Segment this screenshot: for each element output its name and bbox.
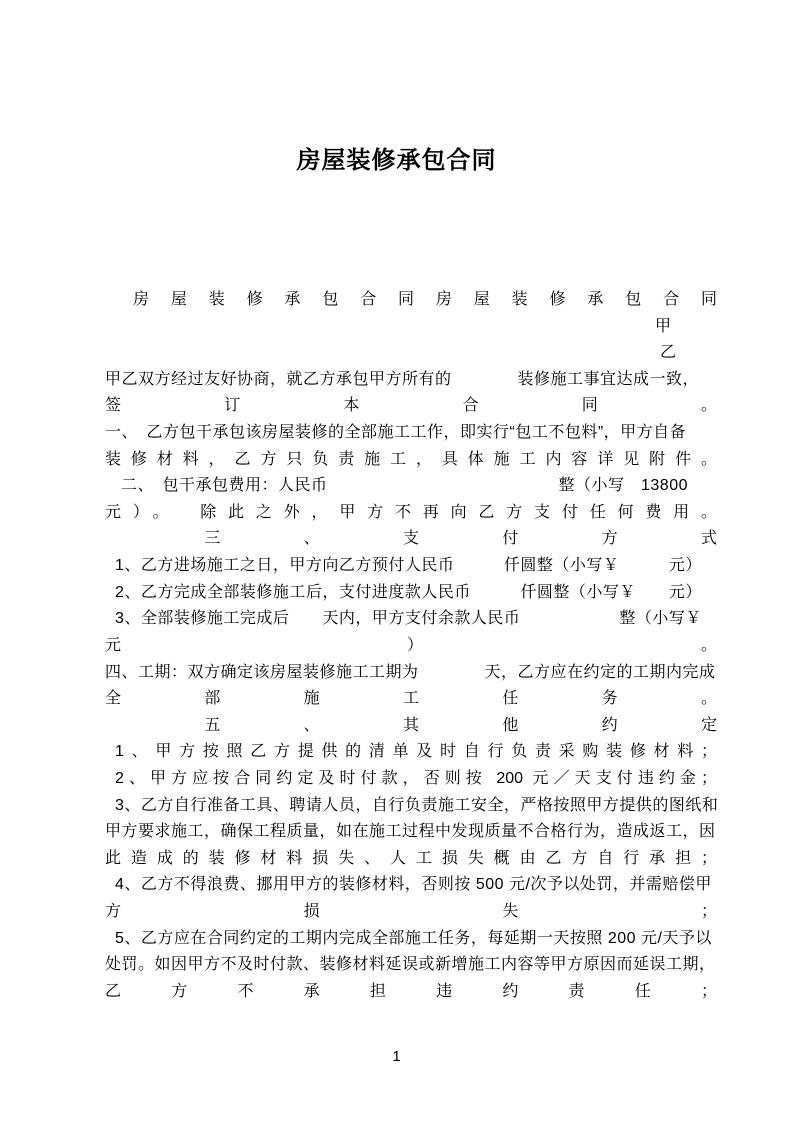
document-line: 甲乙双方经过友好协商，就乙方承包甲方所有的 装修施工事宜达成一致， [105,367,717,394]
document-line: 二、 包干承包费用：人民币 整（小写 13800 [105,473,717,500]
document-body: 房屋装修承包合同房屋装修承包合同甲乙甲乙双方经过友好协商，就乙方承包甲方所有的 … [105,287,717,1005]
document-line: 此造成的装修材料损失、人工损失概由乙方自行承担； [105,846,717,873]
document-line: 三、支付方式 [105,526,717,553]
document-line: 乙 [105,340,717,367]
document-line: 1、乙方进场施工之日，甲方向乙方预付人民币 仟圆整（小写￥ 元） [105,553,717,580]
document-line: 方损失； [105,899,717,926]
document-line: 装修材料，乙方只负责施工，具体施工内容详见附件。 [105,447,717,474]
document-line: 四、工期：双方确定该房屋装修施工工期为 天，乙方应在约定的工期内完成 [105,660,717,687]
document-page: 房屋装修承包合同 房屋装修承包合同房屋装修承包合同甲乙甲乙双方经过友好协商，就乙… [0,0,793,1122]
document-line: 3、全部装修施工完成后 天内，甲方支付余款人民币 整（小写￥ [105,606,717,633]
page-number: 1 [0,1048,793,1065]
document-line: 元）。 [105,633,717,660]
document-line: 处罚。如因甲方不及时付款、装修材料延误或新增施工内容等甲方原因而延误工期， [105,952,717,979]
document-line: 3、乙方自行准备工具、聘请人员，自行负责施工安全，严格按照甲方提供的图纸和 [105,793,717,820]
document-line: 5、乙方应在合同约定的工期内完成全部施工任务，每延期一天按照 200 元/天予以 [105,926,717,953]
document-line: 乙方不承担违约责任； [105,979,717,1006]
document-line: 2、甲方应按合同约定及时付款，否则按 200 元／天支付违约金； [105,766,717,793]
document-line: 签订本合同。 [105,393,717,420]
document-line: 2、乙方完成全部装修施工后，支付进度款人民币 仟圆整（小写￥ 元） [105,580,717,607]
document-line: 一、 乙方包干承包该房屋装修的全部施工工作，即实行“包工不包料”，甲方自备 [105,420,717,447]
document-line: 甲方要求施工，确保工程质量，如在施工过程中发现质量不合格行为，造成返工，因 [105,819,717,846]
document-line: 全部施工任务。 [105,686,717,713]
document-line: 1、甲方按照乙方提供的清单及时自行负责采购装修材料； [105,739,717,766]
document-title: 房屋装修承包合同 [0,140,793,175]
document-line: 五、其他约定 [105,713,717,740]
document-line: 4、乙方不得浪费、挪用甲方的装修材料，否则按 500 元/次予以处罚，并需赔偿甲 [105,872,717,899]
document-line: 元）。 除此之外，甲方不再向乙方支付任何费用。 [105,500,717,527]
document-line: 房屋装修承包合同房屋装修承包合同 [105,287,717,314]
document-line: 甲 [105,314,717,341]
